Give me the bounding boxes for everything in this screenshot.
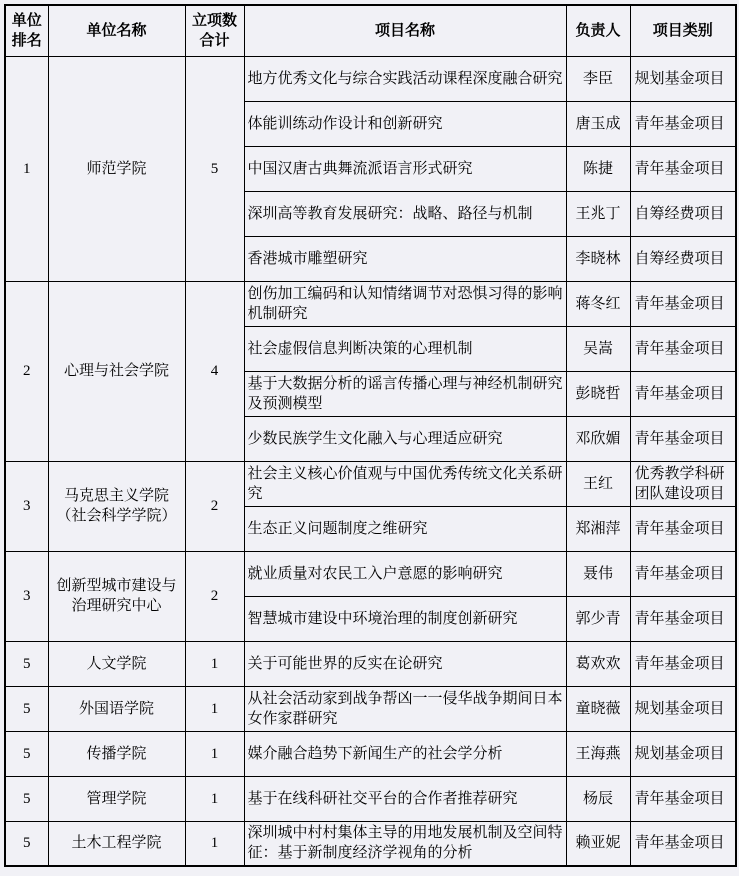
category-cell: 青年基金项目 bbox=[630, 506, 736, 551]
leader-cell: 赖亚妮 bbox=[566, 821, 630, 866]
category-cell: 青年基金项目 bbox=[630, 641, 736, 686]
col-header-project-name: 项目名称 bbox=[244, 5, 566, 56]
project-name-cell: 基于大数据分析的谣言传播心理与神经机制研究及预测模型 bbox=[244, 371, 566, 416]
leader-cell: 郑湘萍 bbox=[566, 506, 630, 551]
table-row: 2 心理与社会学院 4 创伤加工编码和认知情绪调节对恐惧习得的影响机制研究 蒋冬… bbox=[5, 281, 736, 326]
unit-name-cell: 师范学院 bbox=[48, 56, 185, 281]
project-name-cell: 中国汉唐古典舞流派语言形式研究 bbox=[244, 146, 566, 191]
project-name-cell: 少数民族学生文化融入与心理适应研究 bbox=[244, 416, 566, 461]
project-name-cell: 香港城市雕塑研究 bbox=[244, 236, 566, 281]
project-name-cell: 社会虚假信息判断决策的心理机制 bbox=[244, 326, 566, 371]
project-name-cell: 深圳高等教育发展研究：战略、路径与机制 bbox=[244, 191, 566, 236]
col-header-project-count: 立项数合计 bbox=[185, 5, 244, 56]
leader-cell: 李臣 bbox=[566, 56, 630, 101]
table-row: 5 管理学院 1 基于在线科研社交平台的合作者推荐研究 杨辰 青年基金项目 bbox=[5, 776, 736, 821]
project-count-cell: 4 bbox=[185, 281, 244, 461]
unit-name-cell: 马克思主义学院 （社会科学学院） bbox=[48, 461, 185, 551]
leader-cell: 王兆丁 bbox=[566, 191, 630, 236]
unit-rank-cell: 2 bbox=[5, 281, 48, 461]
category-cell: 青年基金项目 bbox=[630, 551, 736, 596]
category-cell: 青年基金项目 bbox=[630, 416, 736, 461]
category-cell: 自筹经费项目 bbox=[630, 191, 736, 236]
leader-cell: 郭少青 bbox=[566, 596, 630, 641]
project-name-cell: 从社会活动家到战争帮凶一一侵华战争期间日本女作家群研究 bbox=[244, 686, 566, 731]
unit-name-cell: 创新型城市建设与 治理研究中心 bbox=[48, 551, 185, 641]
project-name-cell: 就业质量对农民工入户意愿的影响研究 bbox=[244, 551, 566, 596]
project-count-cell: 5 bbox=[185, 56, 244, 281]
leader-cell: 陈捷 bbox=[566, 146, 630, 191]
project-name-cell: 地方优秀文化与综合实践活动课程深度融合研究 bbox=[244, 56, 566, 101]
col-header-leader: 负责人 bbox=[566, 5, 630, 56]
leader-cell: 彭晓哲 bbox=[566, 371, 630, 416]
leader-cell: 李晓林 bbox=[566, 236, 630, 281]
unit-rank-cell: 5 bbox=[5, 821, 48, 866]
leader-cell: 唐玉成 bbox=[566, 101, 630, 146]
leader-cell: 蒋冬红 bbox=[566, 281, 630, 326]
project-count-cell: 1 bbox=[185, 686, 244, 731]
project-name-cell: 媒介融合趋势下新闻生产的社会学分析 bbox=[244, 731, 566, 776]
unit-name-cell: 外国语学院 bbox=[48, 686, 185, 731]
table-row: 5 土木工程学院 1 深圳城中村村集体主导的用地发展机制及空间特征：基于新制度经… bbox=[5, 821, 736, 866]
project-name-cell: 关于可能世界的反实在论研究 bbox=[244, 641, 566, 686]
leader-cell: 王红 bbox=[566, 461, 630, 506]
col-header-unit-name: 单位名称 bbox=[48, 5, 185, 56]
category-cell: 青年基金项目 bbox=[630, 821, 736, 866]
leader-cell: 杨辰 bbox=[566, 776, 630, 821]
table-row: 5 外国语学院 1 从社会活动家到战争帮凶一一侵华战争期间日本女作家群研究 童晓… bbox=[5, 686, 736, 731]
project-name-cell: 生态正义问题制度之维研究 bbox=[244, 506, 566, 551]
category-cell: 规划基金项目 bbox=[630, 56, 736, 101]
unit-rank-cell: 3 bbox=[5, 461, 48, 551]
project-count-cell: 1 bbox=[185, 776, 244, 821]
project-name-cell: 创伤加工编码和认知情绪调节对恐惧习得的影响机制研究 bbox=[244, 281, 566, 326]
category-cell: 青年基金项目 bbox=[630, 776, 736, 821]
project-name-cell: 体能训练动作设计和创新研究 bbox=[244, 101, 566, 146]
category-cell: 自筹经费项目 bbox=[630, 236, 736, 281]
project-name-cell: 深圳城中村村集体主导的用地发展机制及空间特征：基于新制度经济学视角的分析 bbox=[244, 821, 566, 866]
project-name-cell: 基于在线科研社交平台的合作者推荐研究 bbox=[244, 776, 566, 821]
category-cell: 青年基金项目 bbox=[630, 101, 736, 146]
table-row: 3 马克思主义学院 （社会科学学院） 2 社会主义核心价值观与中国优秀传统文化关… bbox=[5, 461, 736, 506]
unit-name-cell: 土木工程学院 bbox=[48, 821, 185, 866]
unit-rank-cell: 5 bbox=[5, 641, 48, 686]
project-count-cell: 1 bbox=[185, 821, 244, 866]
unit-rank-cell: 5 bbox=[5, 731, 48, 776]
unit-rank-cell: 5 bbox=[5, 686, 48, 731]
leader-cell: 童晓薇 bbox=[566, 686, 630, 731]
unit-rank-cell: 5 bbox=[5, 776, 48, 821]
unit-rank-cell: 1 bbox=[5, 56, 48, 281]
table-row: 1 师范学院 5 地方优秀文化与综合实践活动课程深度融合研究 李臣 规划基金项目 bbox=[5, 56, 736, 101]
leader-cell: 葛欢欢 bbox=[566, 641, 630, 686]
unit-name-cell: 人文学院 bbox=[48, 641, 185, 686]
col-header-unit-rank: 单位排名 bbox=[5, 5, 48, 56]
category-cell: 青年基金项目 bbox=[630, 146, 736, 191]
col-header-category: 项目类别 bbox=[630, 5, 736, 56]
table-row: 3 创新型城市建设与 治理研究中心 2 就业质量对农民工入户意愿的影响研究 聂伟… bbox=[5, 551, 736, 596]
project-count-cell: 1 bbox=[185, 731, 244, 776]
leader-cell: 吴嵩 bbox=[566, 326, 630, 371]
unit-name-cell: 管理学院 bbox=[48, 776, 185, 821]
category-cell: 青年基金项目 bbox=[630, 281, 736, 326]
category-cell: 青年基金项目 bbox=[630, 326, 736, 371]
category-cell: 优秀教学科研团队建设项目 bbox=[630, 461, 736, 506]
unit-rank-cell: 3 bbox=[5, 551, 48, 641]
project-count-cell: 2 bbox=[185, 461, 244, 551]
table-row: 5 传播学院 1 媒介融合趋势下新闻生产的社会学分析 王海燕 规划基金项目 bbox=[5, 731, 736, 776]
leader-cell: 王海燕 bbox=[566, 731, 630, 776]
category-cell: 规划基金项目 bbox=[630, 686, 736, 731]
project-name-cell: 智慧城市建设中环境治理的制度创新研究 bbox=[244, 596, 566, 641]
table-row: 5 人文学院 1 关于可能世界的反实在论研究 葛欢欢 青年基金项目 bbox=[5, 641, 736, 686]
project-count-cell: 2 bbox=[185, 551, 244, 641]
leader-cell: 邓欣媚 bbox=[566, 416, 630, 461]
leader-cell: 聂伟 bbox=[566, 551, 630, 596]
header-row: 单位排名 单位名称 立项数合计 项目名称 负责人 项目类别 bbox=[5, 5, 736, 56]
category-cell: 青年基金项目 bbox=[630, 596, 736, 641]
unit-name-cell: 心理与社会学院 bbox=[48, 281, 185, 461]
page: 单位排名 单位名称 立项数合计 项目名称 负责人 项目类别 1 师范学院 5 地… bbox=[0, 0, 739, 871]
project-approval-table: 单位排名 单位名称 立项数合计 项目名称 负责人 项目类别 1 师范学院 5 地… bbox=[4, 4, 737, 867]
project-count-cell: 1 bbox=[185, 641, 244, 686]
category-cell: 青年基金项目 bbox=[630, 371, 736, 416]
category-cell: 规划基金项目 bbox=[630, 731, 736, 776]
project-name-cell: 社会主义核心价值观与中国优秀传统文化关系研究 bbox=[244, 461, 566, 506]
unit-name-cell: 传播学院 bbox=[48, 731, 185, 776]
